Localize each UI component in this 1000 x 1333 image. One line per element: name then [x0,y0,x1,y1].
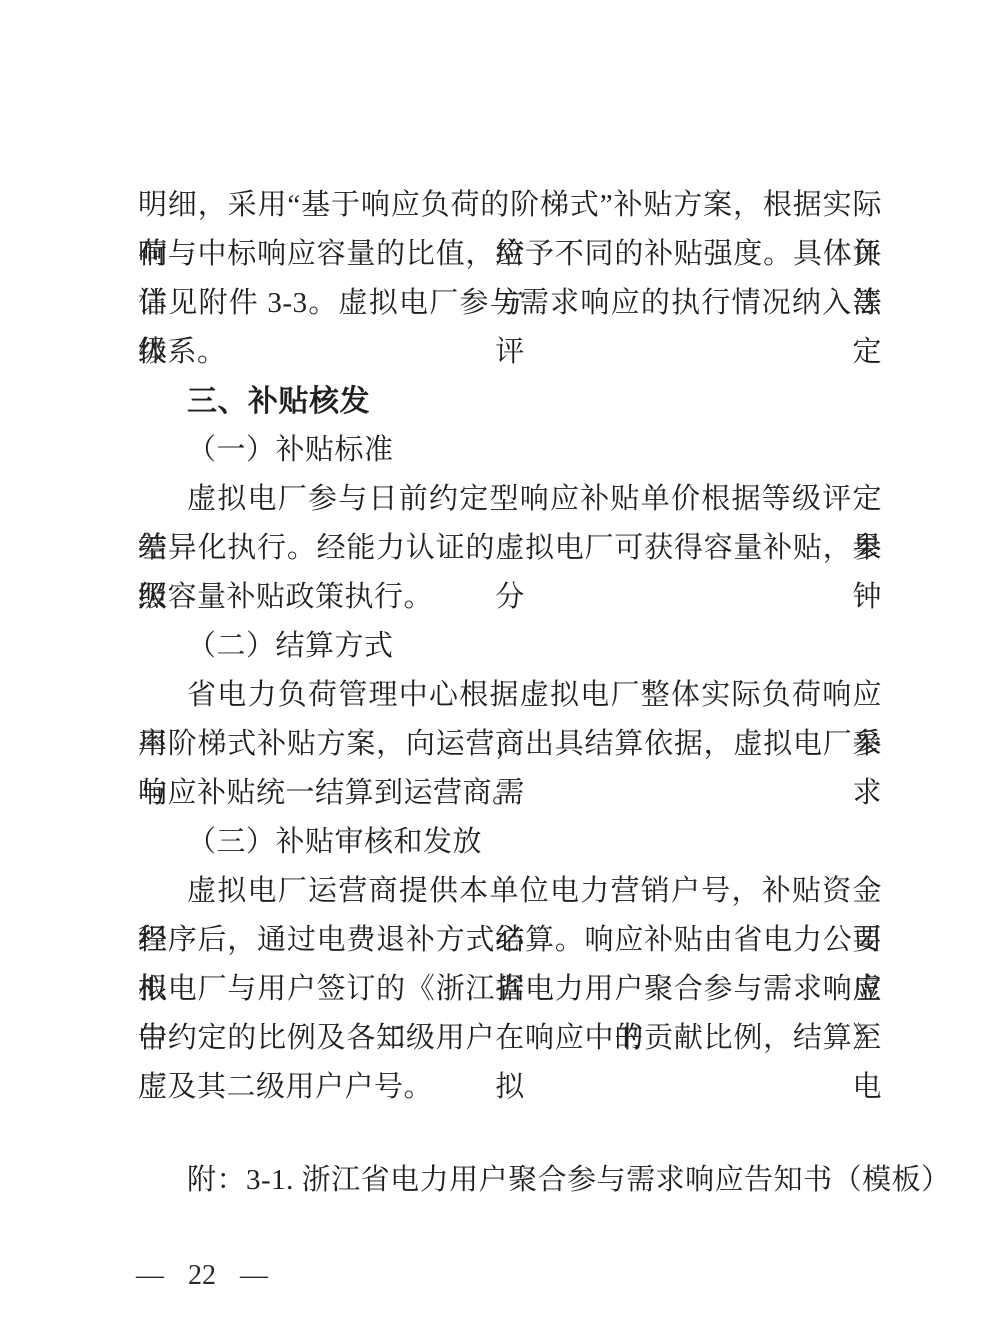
text-line: 中约定的比例及各二级用户在响应中的贡献比例，结算至虚拟电 [138,1014,882,1063]
footer-page-number: 22 [188,1251,216,1301]
document-body: 明细，采用“基于响应负荷的阶梯式”补贴方案，根据实际响应负荷与中标响应容量的比值… [138,181,882,1205]
text-line: 省电力负荷管理中心根据虚拟电厂整体实际负荷响应率，采 [138,671,882,720]
text-line: 用阶梯式补贴方案，向运营商出具结算依据，虚拟电厂参与需求 [138,720,882,769]
footer-dash-right: — [240,1251,268,1301]
footer-dash-left: — [136,1251,164,1301]
document-page: 明细，采用“基于响应负荷的阶梯式”补贴方案，根据实际响应负荷与中标响应容量的比值… [0,0,1000,1333]
text-line: 差异化执行。经能力认证的虚拟电厂可获得容量补贴，参照分钟 [138,524,882,573]
subsection-heading: （三）补贴审核和发放 [138,818,882,867]
page-footer: — 22 — [136,1251,268,1301]
text-line: 虚拟电厂参与日前约定型响应补贴单价根据等级评定结果 [138,475,882,524]
subsection-heading: （一）补贴标准 [138,426,882,475]
text-line: 程序后，通过电费退补方式结算。响应补贴由省电力公司根据虚 [138,916,882,965]
text-line: 拟电厂与用户签订的《浙江省电力用户聚合参与需求响应告知书》 [138,965,882,1014]
text-line: 明细，采用“基于响应负荷的阶梯式”补贴方案，根据实际响应负 [138,181,882,230]
section-heading: 三、补贴核发 [138,377,882,426]
subsection-heading: （二）结算方式 [138,622,882,671]
text-line: 虚拟电厂运营商提供本单位电力营销户号，补贴资金经必要 [138,867,882,916]
text-line: 荷与中标响应容量的比值，给予不同的补贴强度。具体评估方法 [138,230,882,279]
text-line: 详见附件 3-3。虚拟电厂参与需求响应的执行情况纳入等级评定 [138,279,882,328]
text-line: 附：3-1. 浙江省电力用户聚合参与需求响应告知书（模板） [138,1156,882,1205]
